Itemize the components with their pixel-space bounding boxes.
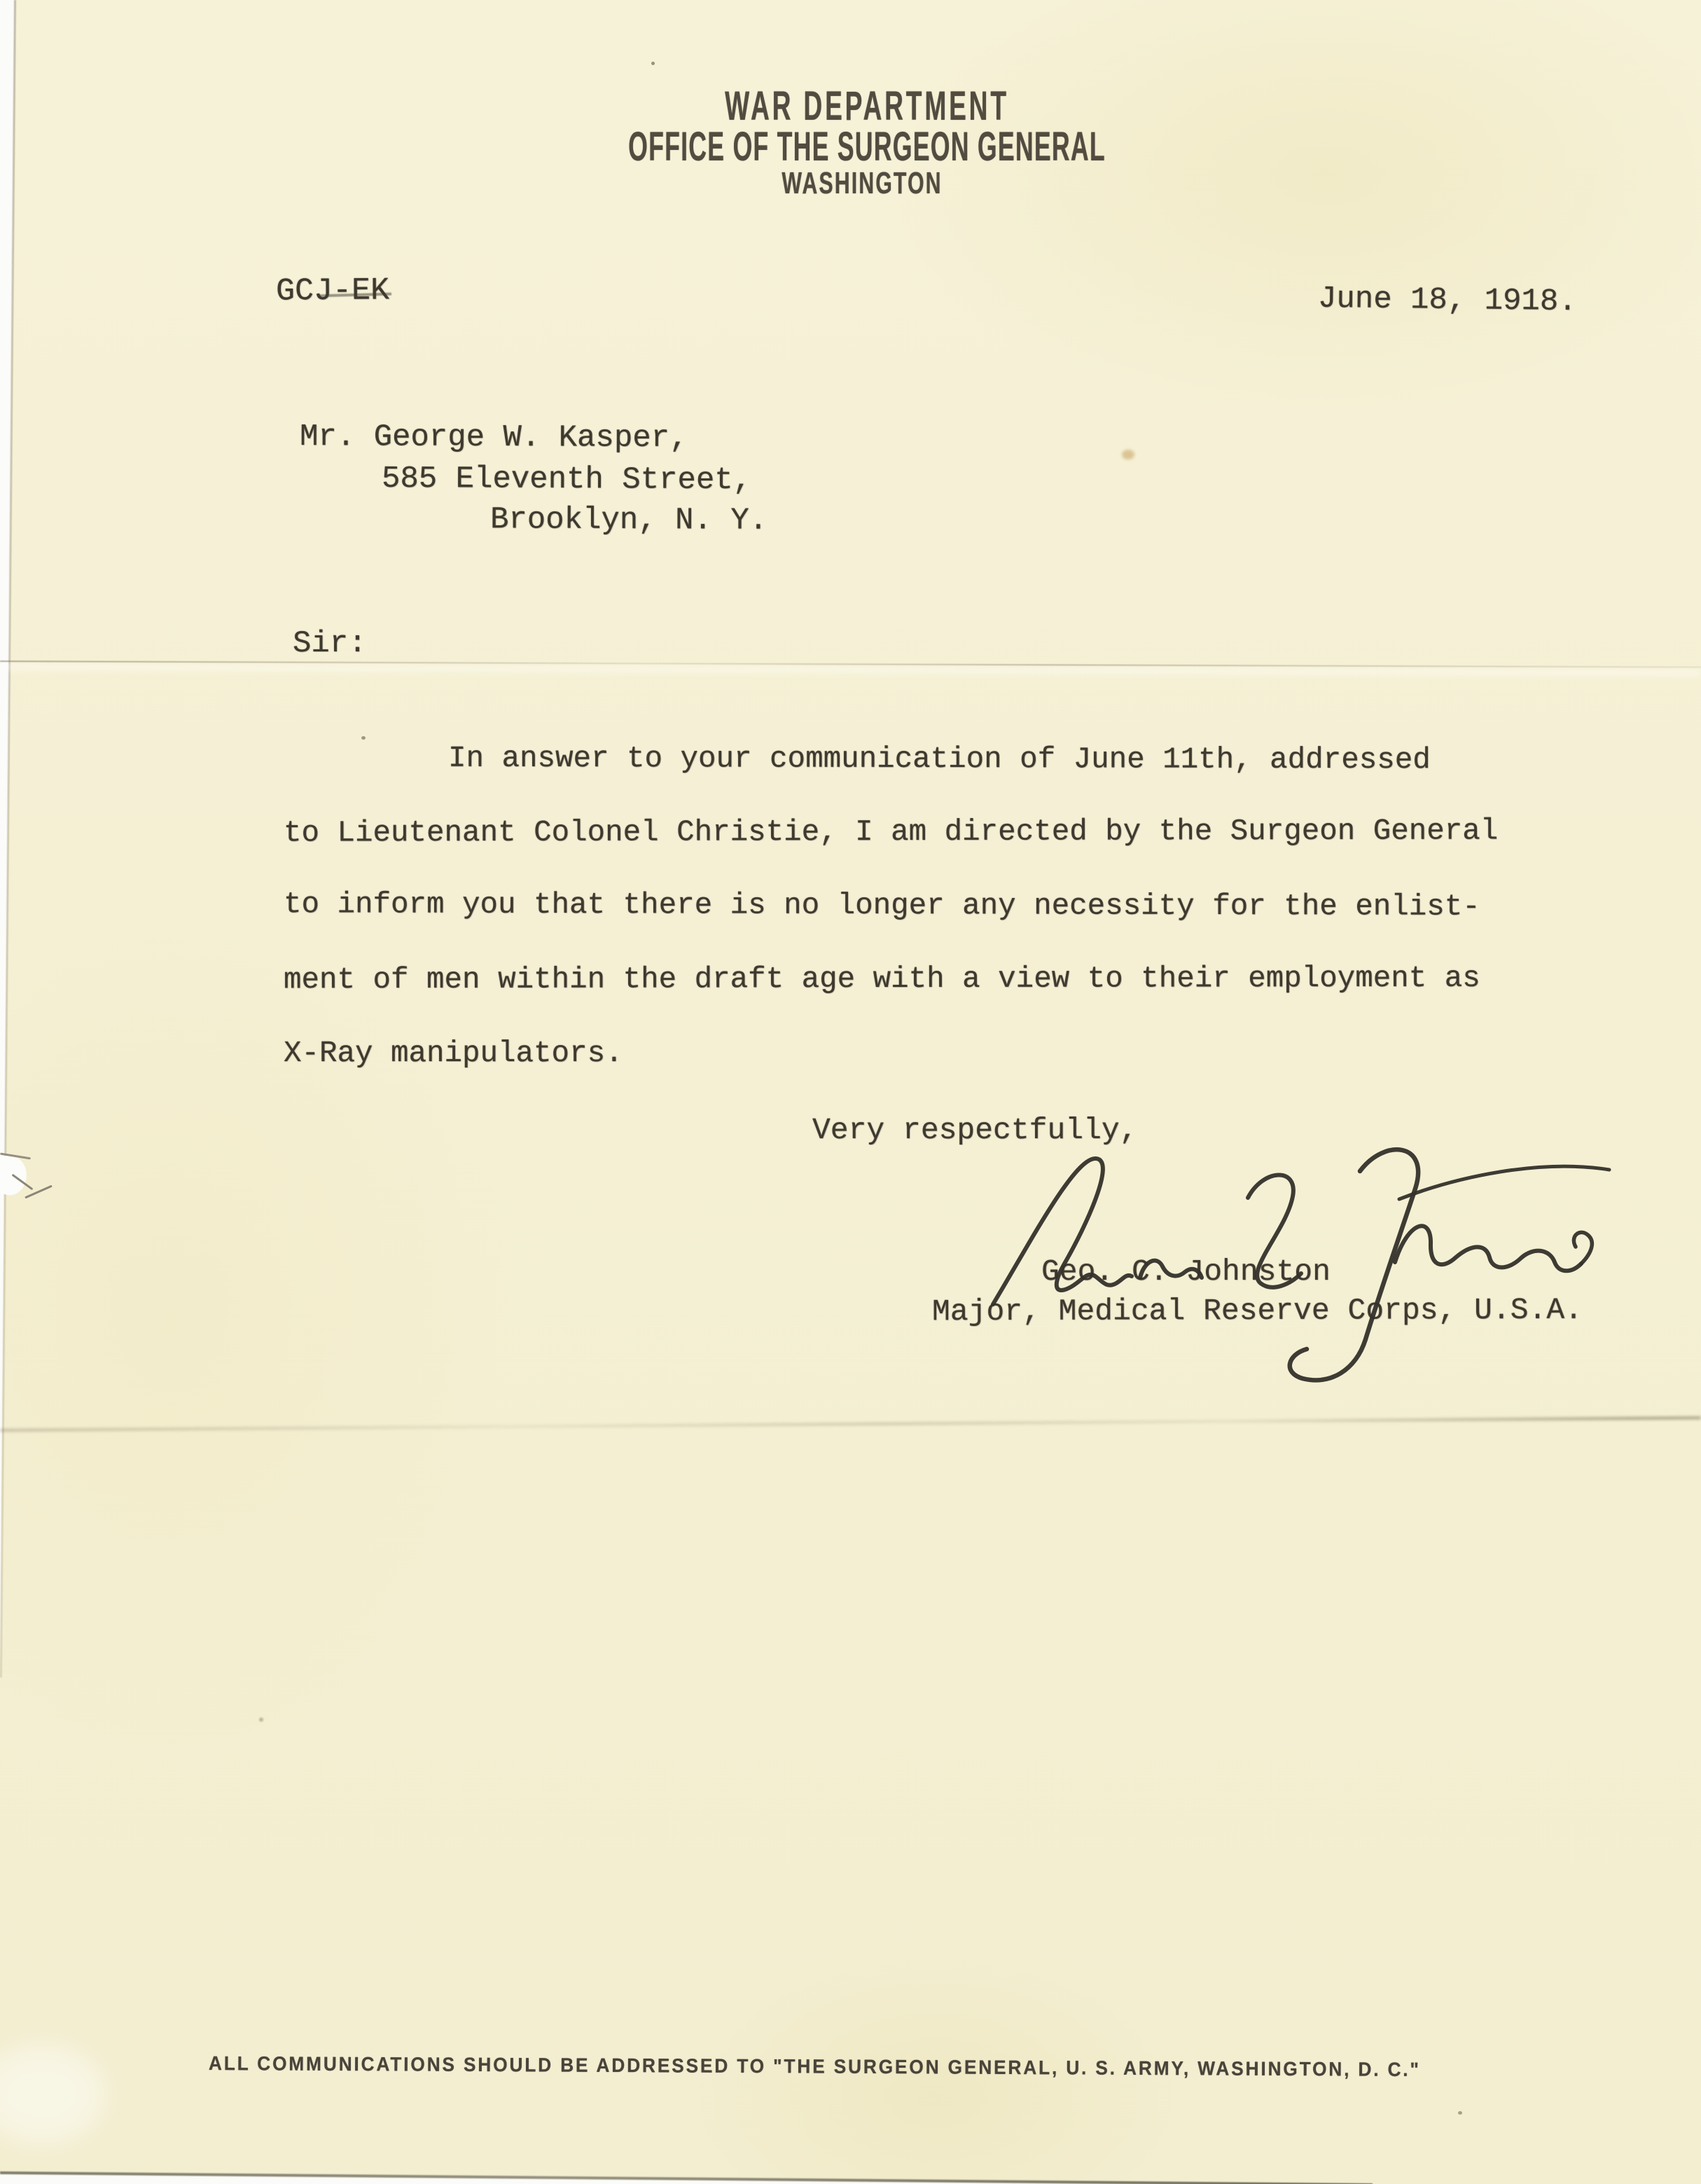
paper-sheet xyxy=(0,0,1701,2184)
body-line-5: X-Ray manipulators. xyxy=(284,1038,623,1070)
recipient-city: Brooklyn, N. Y. xyxy=(490,504,768,537)
body-line-3: to inform you that there is no longer an… xyxy=(284,889,1480,922)
recipient-street: 585 Eleventh Street, xyxy=(382,463,751,497)
recipient-name: Mr. George W. Kasper, xyxy=(300,421,688,455)
foxing-speck xyxy=(651,62,655,65)
salutation: Sir: xyxy=(293,628,367,660)
signed-title: Major, Medical Reserve Corps, U.S.A. xyxy=(932,1294,1583,1328)
signed-name: Geo. C. Johnston xyxy=(1041,1256,1331,1287)
foxing-speck xyxy=(1458,2111,1462,2115)
valediction: Very respectfully, xyxy=(812,1114,1137,1146)
foxing-speck xyxy=(259,1718,263,1722)
letterhead-city: WASHINGTON xyxy=(782,166,942,201)
body-line-2: to Lieutenant Colonel Christie, I am dir… xyxy=(284,815,1498,849)
letterhead-department: WAR DEPARTMENT xyxy=(725,83,1009,130)
scanned-letter-page: WAR DEPARTMENT OFFICE OF THE SURGEON GEN… xyxy=(0,0,1701,2184)
date-line: June 18, 1918. xyxy=(1318,283,1577,319)
foxing-speck xyxy=(1122,450,1134,459)
letterhead-office: OFFICE OF THE SURGEON GENERAL xyxy=(628,123,1106,170)
reference-code: GCJ-EK xyxy=(276,274,389,307)
foxing-speck xyxy=(361,736,366,740)
body-line-4: ment of men within the draft age with a … xyxy=(284,963,1480,996)
body-line-1: In answer to your communication of June … xyxy=(448,743,1431,776)
